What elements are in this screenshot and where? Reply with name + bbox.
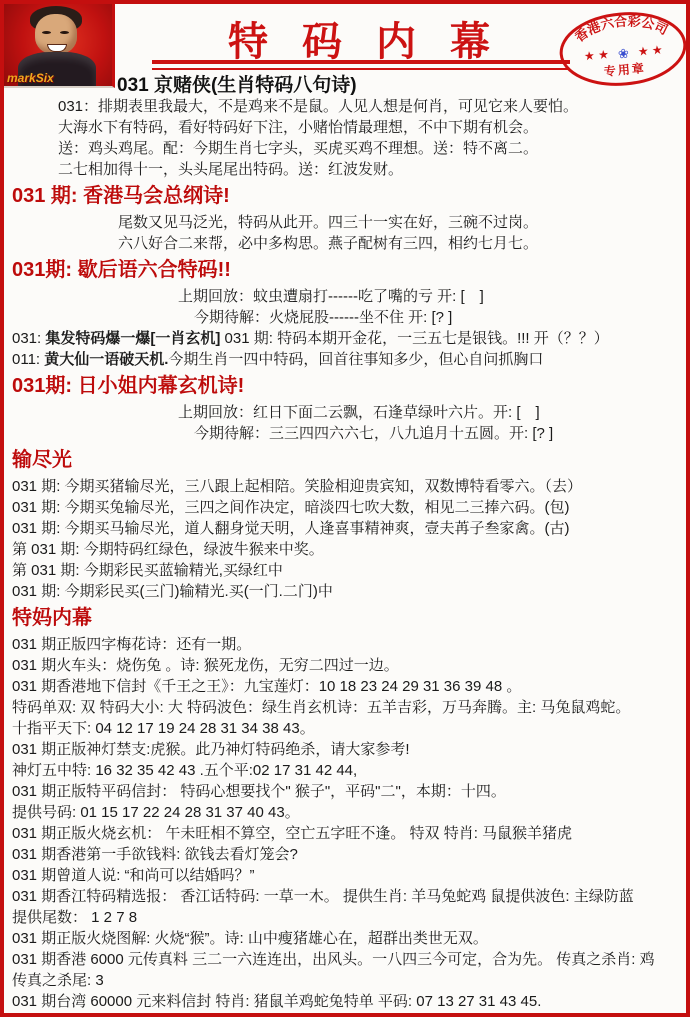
text-line: 尾数又见马泛光，特码从此开。四三十一实在好，三碗不过岗。 <box>12 212 690 233</box>
text-line: 031 期香港 6000 元传真料 三二一六连连出，出风头。一八四三今可定，合为… <box>12 949 690 970</box>
stamp-arc-text: 香港六合彩公司 <box>571 10 672 46</box>
marksix-watermark: markSix <box>7 71 54 85</box>
text-line: 031 期曾道人说: “和尚可以结婚吗？” <box>12 865 690 886</box>
photo-eye-right <box>60 31 69 34</box>
stamp-stars-right: ★ ★ <box>637 43 663 59</box>
text-line: 传真之杀尾: 3 <box>12 970 690 991</box>
text-line: 神灯五中特: 16 32 35 42 43 .五个平:02 17 31 42 4… <box>12 760 690 781</box>
text-line: 031 期: 今期买猪输尽光，三八跟上起相陪。笑脸相迎贵宾知，双数博特看零六。（… <box>12 476 690 497</box>
issue-heading: 031 京赌侠(生肖特码八句诗) <box>117 70 357 97</box>
text-segment: 011: <box>12 351 44 368</box>
content-column: 031：排期表里我最大，不是鸡来不是鼠。人见人想是何肖，可见它来人要怕。大海水下… <box>12 96 690 1012</box>
bold-segment: 集发特码爆一爆[一肖玄机] <box>45 330 220 347</box>
text-line: 十指平天下: 04 12 17 19 24 28 31 34 38 43。 <box>12 718 690 739</box>
photo-eye-left <box>42 31 51 34</box>
text-line: 送：鸡头鸡尾。配：今期生肖七字头，买虎买鸡不理想。送：特不离二。 <box>12 138 690 159</box>
text-line: 031 期正版火烧图解: 火烧“猴”。诗: 山中瘦猪雄心在，超群出类世无双。 <box>12 928 690 949</box>
text-line: 六八好合二来帮，必中多构思。燕子配树有三四，相约七月七。 <box>12 233 690 254</box>
text-line: 031: 集发特码爆一爆[一肖玄机] 031 期: 特码本期开金花，一三五七是银… <box>12 328 690 349</box>
text-line: 031 期火车头：烧伤兔 。诗: 猴死龙伤，无穷二四过一边。 <box>12 655 690 676</box>
text-segment: 031: <box>12 330 45 347</box>
section-heading: 031 期: 香港马会总纲诗! <box>12 184 690 208</box>
text-line: 031 期香港地下信封《千王之王》：九宝莲灯：10 18 23 24 29 31… <box>12 676 690 697</box>
section-heading: 031期: 日小姐内幕玄机诗! <box>12 374 690 398</box>
stamp-stars-left: ★ ★ <box>583 47 609 63</box>
tip-sheet-page: markSix 特码内幕 香港六合彩公司 ★ ★ ❀ ★ ★ 专用章 031 京… <box>0 0 690 1017</box>
bold-segment: 黄大仙一语破天机. <box>44 351 168 368</box>
text-line: 031 期香江特码精选报： 香江话特码: 一草一木。 提供生肖: 羊马兔蛇鸡 鼠… <box>12 886 690 907</box>
text-line: 第 031 期: 今期彩民买蓝输精光,买绿红中 <box>12 560 690 581</box>
company-stamp: 香港六合彩公司 ★ ★ ❀ ★ ★ 专用章 <box>554 4 690 93</box>
text-line: 031 期: 今期买马输尽光，道人翻身觉天明，人逢喜事精神爽，壹夫苒子叁家禽。(… <box>12 518 690 539</box>
section-heading: 特妈内幕 <box>12 606 690 630</box>
text-line: 提供号码: 01 15 17 22 24 28 31 37 40 43。 <box>12 802 690 823</box>
stamp-bottom-text: 专用章 <box>603 60 646 79</box>
text-line: 011: 黄大仙一语破天机.今期生肖一四中特码，回首往事知多少，但心自问抓胸口 <box>12 349 690 370</box>
text-line: 上期回放：蚊虫遭扇打------吃了嘴的亏 开: [ ] <box>12 286 690 307</box>
text-line: 031 期: 今期彩民买(三门)输精光.买(一门.二门)中 <box>12 581 690 602</box>
text-line: 提供尾数： 1 2 7 8 <box>12 907 690 928</box>
text-line: 031 期: 今期买兔输尽光，三四之间作决定，暗淡四七吹大数，相见二三捧六码。(… <box>12 497 690 518</box>
text-line: 今期待解：三三四四六六七，八九追月十五圆。开: [? ] <box>12 423 690 444</box>
text-line: 031 期香港第一手欲钱料: 欲钱去看灯笼会? <box>12 844 690 865</box>
text-line: 031：排期表里我最大，不是鸡来不是鼠。人见人想是何肖，可见它来人要怕。 <box>12 96 690 117</box>
text-line: 第 031 期: 今期特码红绿色，绿波牛猴来中奖。 <box>12 539 690 560</box>
text-line: 031 期正版火烧玄机： 午未旺相不算空，空亡五字旺不逢。 特双 特肖: 马鼠猴… <box>12 823 690 844</box>
section-heading: 031期: 歇后语六合特码!! <box>12 258 690 282</box>
text-line: 特码单双: 双 特码大小: 大 特码波色：绿生肖玄机诗：五羊吉彩，万马奔腾。主:… <box>12 697 690 718</box>
text-line: 今期待解：火烧屁股------坐不住 开: [? ] <box>12 307 690 328</box>
title-underline <box>152 60 570 70</box>
text-segment: 031 期: 特码本期开金花，一三五七是银钱。!!! 开（？？） <box>220 330 608 347</box>
stamp-flower-icon: ❀ <box>617 46 629 62</box>
text-segment: 今期生肖一四中特码，回首往事知多少，但心自问抓胸口 <box>168 351 543 368</box>
section-heading: 输尽光 <box>12 448 690 472</box>
text-line: 上期回放：红日下面二云飘，石逢草绿叶六片。开: [ ] <box>12 402 690 423</box>
text-line: 031 期正版特平码信封： 特码心想要找个" 猴子"，平码"二"，本期：十四。 <box>12 781 690 802</box>
text-line: 031 期正版神灯禁支:虎猴。此乃神灯特码绝杀，请大家参考! <box>12 739 690 760</box>
text-line: 031 期正版四字梅花诗：还有一期。 <box>12 634 690 655</box>
text-line: 二七相加得十一，头头尾尾出特码。送：红波发财。 <box>12 159 690 180</box>
masthead-photo: markSix <box>4 4 115 88</box>
text-line: 031 期台湾 60000 元来料信封 特肖: 猪鼠羊鸡蛇兔特单 平码: 07 … <box>12 991 690 1012</box>
text-line: 大海水下有特码，看好特码好下注，小赌怡情最理想，不中下期有机会。 <box>12 117 690 138</box>
page-title: 特码内幕 <box>154 10 564 67</box>
